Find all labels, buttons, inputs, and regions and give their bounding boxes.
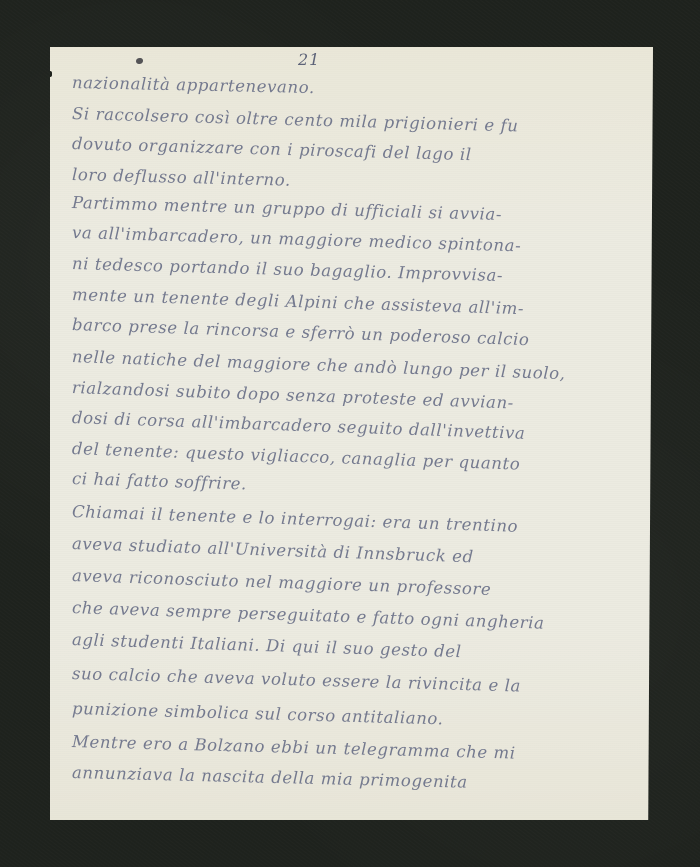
text-line: punizione simbolica sul corso antitalian…: [72, 699, 444, 728]
text-line: che aveva sempre perseguitato e fatto og…: [72, 598, 545, 633]
text-line: annunziava la nascita della mia primogen…: [72, 763, 468, 792]
text-line: dosi di corsa all'imbarcadero seguito da…: [72, 408, 526, 443]
text-line: barco prese la rincorsa e sferrò un pode…: [72, 315, 530, 349]
text-line: loro deflusso all'interno.: [72, 165, 291, 190]
text-line: del tenente: questo vigliacco, canaglia …: [72, 439, 521, 474]
handwritten-text: nazionalità appartenevano. Si raccolsero…: [50, 47, 653, 820]
text-line: nazionalità appartenevano.: [72, 73, 315, 97]
text-line: dovuto organizzare con i piroscafi del l…: [72, 134, 472, 164]
text-line: aveva studiato all'Università di Innsbru…: [72, 534, 474, 566]
text-line: aveva riconosciuto nel maggiore un profe…: [72, 566, 492, 599]
text-line: Chiamai il tenente e lo interrogai: era …: [72, 502, 519, 536]
text-line: ni tedesco portando il suo bagaglio. Imp…: [72, 254, 504, 285]
text-line: Partimmo mentre un gruppo di ufficiali s…: [72, 193, 503, 224]
text-line: suo calcio che aveva voluto essere la ri…: [72, 664, 522, 696]
text-line: agli studenti Italiani. Di qui il suo ge…: [72, 630, 462, 661]
text-line: Mentre ero a Bolzano ebbi un telegramma …: [72, 732, 516, 763]
text-line: rialzandosi subito dopo senza proteste e…: [72, 378, 515, 412]
text-line: Si raccolsero così oltre cento mila prig…: [72, 104, 519, 135]
text-line: ci hai fatto soffrire.: [72, 469, 248, 493]
manuscript-page: 21 nazionalità appartenevano. Si raccols…: [50, 47, 653, 820]
text-line: va all'imbarcadero, un maggiore medico s…: [72, 223, 522, 255]
text-line: mente un tenente degli Alpini che assist…: [72, 285, 525, 318]
text-line: nelle natiche del maggiore che andò lung…: [72, 347, 566, 383]
